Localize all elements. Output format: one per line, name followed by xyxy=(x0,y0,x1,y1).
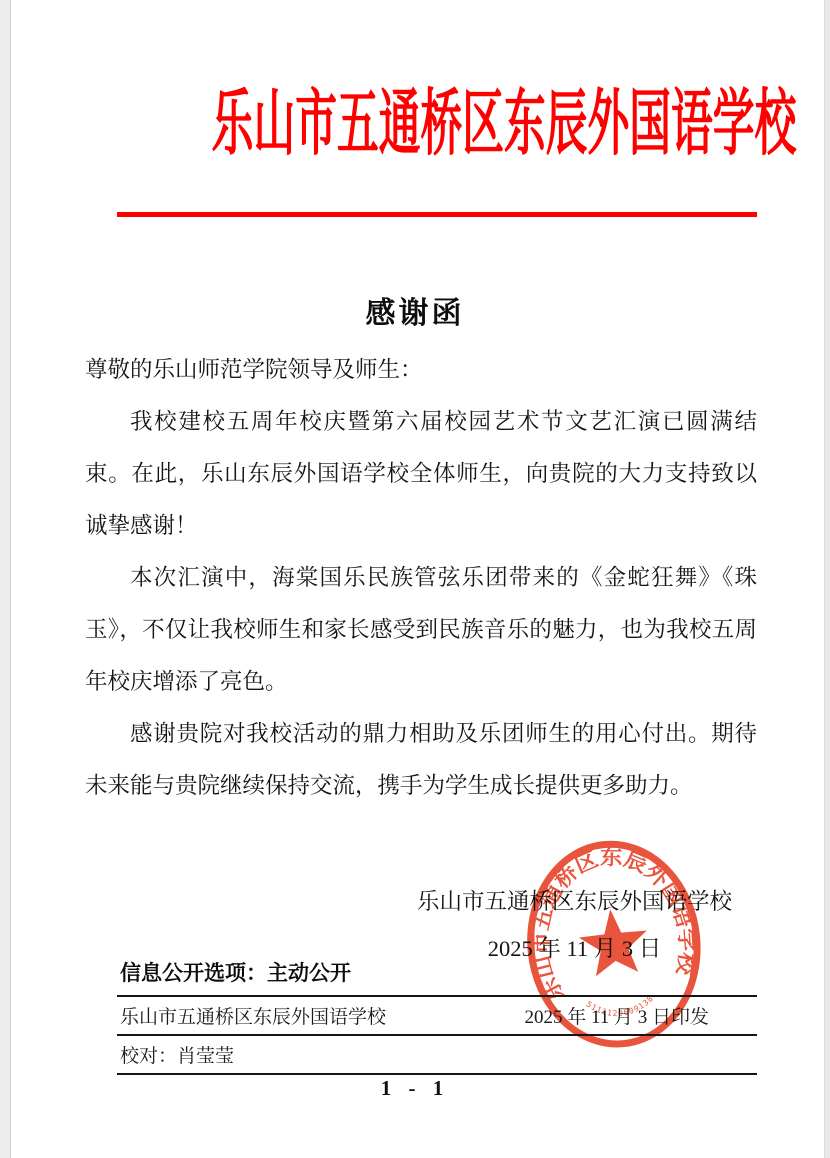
issuer-row: 乐山市五通桥区东辰外国语学校 2025 年 11 月 3 日印发 xyxy=(117,995,757,1034)
viewer-left-margin xyxy=(0,0,11,1158)
proofreader: 校对：肖莹莹 xyxy=(120,1041,234,1068)
letterhead-divider xyxy=(117,212,757,217)
page-number: 1 - 1 xyxy=(0,1076,830,1101)
proofreader-row: 校对：肖莹莹 xyxy=(117,1034,757,1073)
viewer-right-margin xyxy=(824,0,830,1158)
footer-table: 信息公开选项：主动公开 乐山市五通桥区东辰外国语学校 2025 年 11 月 3… xyxy=(117,955,757,1075)
paragraph: 感谢贵院对我校活动的鼎力相助及乐团师生的用心付出。期待未来能与贵院继续保持交流，… xyxy=(85,708,757,812)
letter-title: 感谢函 xyxy=(0,288,830,332)
issue-date: 2025 年 11 月 3 日印发 xyxy=(524,1002,709,1029)
letterhead-school-name: 乐山市五通桥区东辰外国语学校 xyxy=(212,84,797,165)
letter-body: 尊敬的乐山师范学院领导及师生： 我校建校五周年校庆暨第六届校园艺术节文艺汇演已圆… xyxy=(85,344,757,812)
letterhead-title: 乐山市五通桥区东辰外国语学校 xyxy=(0,84,830,165)
issuer-name: 乐山市五通桥区东辰外国语学校 xyxy=(120,1002,386,1029)
paragraph: 我校建校五周年校庆暨第六届校园艺术节文艺汇演已圆满结束。在此，乐山东辰外国语学校… xyxy=(85,396,757,552)
document-page: 乐山市五通桥区东辰外国语学校 感谢函 尊敬的乐山师范学院领导及师生： 我校建校五… xyxy=(0,0,830,1158)
disclosure-option: 信息公开选项：主动公开 xyxy=(117,955,757,995)
salutation: 尊敬的乐山师范学院领导及师生： xyxy=(85,344,757,396)
paragraph: 本次汇演中，海棠国乐民族管弦乐团带来的《金蛇狂舞》《珠玉》，不仅让我校师生和家长… xyxy=(85,552,757,708)
signoff-school: 乐山市五通桥区东辰外国语学校 xyxy=(417,878,732,925)
